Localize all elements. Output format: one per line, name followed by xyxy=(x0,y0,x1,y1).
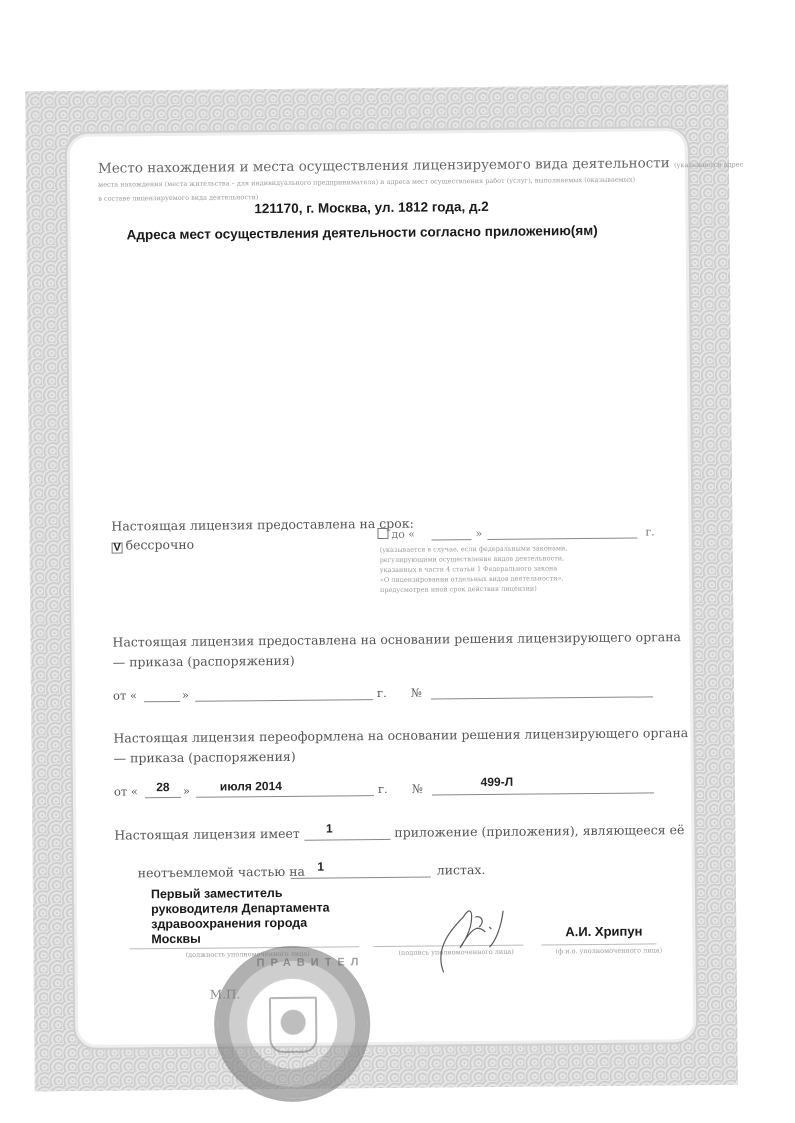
appendix-sheets-line[interactable] xyxy=(291,877,431,879)
reissued-number: 499-Л xyxy=(432,774,562,789)
reissued-text-1: Настоящая лицензия переоформлена на осно… xyxy=(113,725,688,746)
appendix-sheets: 1 xyxy=(291,859,351,874)
term-label: Настоящая лицензия предоставлена на срок… xyxy=(111,516,414,534)
addresses-note: Адреса мест осуществления деятельности с… xyxy=(127,223,598,243)
until-quote-close: » xyxy=(475,527,482,540)
granted-text-1: Настоящая лицензия предоставлена на осно… xyxy=(112,629,681,649)
reissued-quote-close: » xyxy=(183,784,190,798)
name-line xyxy=(541,943,656,945)
appendix-text-3: неотъемлемой частью на xyxy=(138,864,305,881)
granted-from-label: от « xyxy=(113,688,137,702)
reissued-text-2: — приказа (распоряжения) xyxy=(114,749,296,766)
term-unlimited: Vбессрочно xyxy=(112,537,195,554)
heading-main: Место нахождения и места осуществления л… xyxy=(98,155,670,176)
reissued-year-suffix: г. xyxy=(378,782,388,796)
handwritten-signature xyxy=(423,897,534,978)
reissued-number-label: № xyxy=(412,782,423,796)
until-label: до « xyxy=(391,528,415,541)
official-stamp: ПРАВИТЕЛ xyxy=(213,945,370,1102)
until-date-line[interactable] xyxy=(488,538,638,540)
heading-note-3: в составе лицензируемого вида деятельнос… xyxy=(98,193,258,203)
license-address: 121170, г. Москва, ул. 1812 года, д.2 xyxy=(254,199,489,216)
unlimited-label: бессрочно xyxy=(126,537,195,553)
moscow-coat-of-arms-icon xyxy=(269,997,318,1053)
reissued-month-year: июля 2014 xyxy=(196,779,306,794)
until-checkbox[interactable] xyxy=(377,528,388,539)
reissued-day: 28 xyxy=(145,780,181,794)
reissued-day-line[interactable] xyxy=(145,797,181,798)
granted-text-2: — приказа (распоряжения) xyxy=(113,653,295,670)
granted-number xyxy=(431,680,653,682)
license-sheet: Место нахождения и места осуществления л… xyxy=(25,85,738,1092)
granted-month-year xyxy=(195,683,373,685)
signatory-name: А.И. Хрипун xyxy=(565,924,642,940)
unlimited-checkbox[interactable]: V xyxy=(112,542,123,553)
until-note: (указывается в случае, если федеральными… xyxy=(380,543,568,595)
until-day-line[interactable] xyxy=(432,539,472,540)
granted-number-label: № xyxy=(411,686,422,700)
granted-date-line[interactable] xyxy=(195,699,373,702)
appendix-count: 1 xyxy=(304,821,354,835)
granted-year-suffix: г. xyxy=(377,686,387,700)
granted-quote-close: » xyxy=(182,688,189,702)
heading-note-1: (указываются адрес xyxy=(674,161,743,170)
appendix-text-4: листах. xyxy=(437,862,486,877)
reissued-number-line[interactable] xyxy=(432,792,654,795)
name-caption: (ф.и.о. уполномоченного лица) xyxy=(555,946,662,955)
term-until: до « xyxy=(377,528,415,541)
granted-number-line[interactable] xyxy=(431,696,653,699)
reissued-date-line[interactable] xyxy=(196,795,374,798)
granted-day-line[interactable] xyxy=(144,701,180,702)
reissued-from-label: от « xyxy=(114,784,138,798)
appendix-count-line[interactable] xyxy=(304,839,390,841)
until-year-suffix: г. xyxy=(645,525,654,538)
heading-note-2: места нахождения (места жительства – для… xyxy=(98,176,635,189)
appendix-text-2: приложение (приложения), являющееся её xyxy=(394,822,684,840)
stamp-text: ПРАВИТЕЛ xyxy=(257,956,365,969)
appendix-text-1: Настоящая лицензия имеет xyxy=(114,826,300,843)
signatory-position: Первый заместитель руководителя Департам… xyxy=(151,886,330,948)
